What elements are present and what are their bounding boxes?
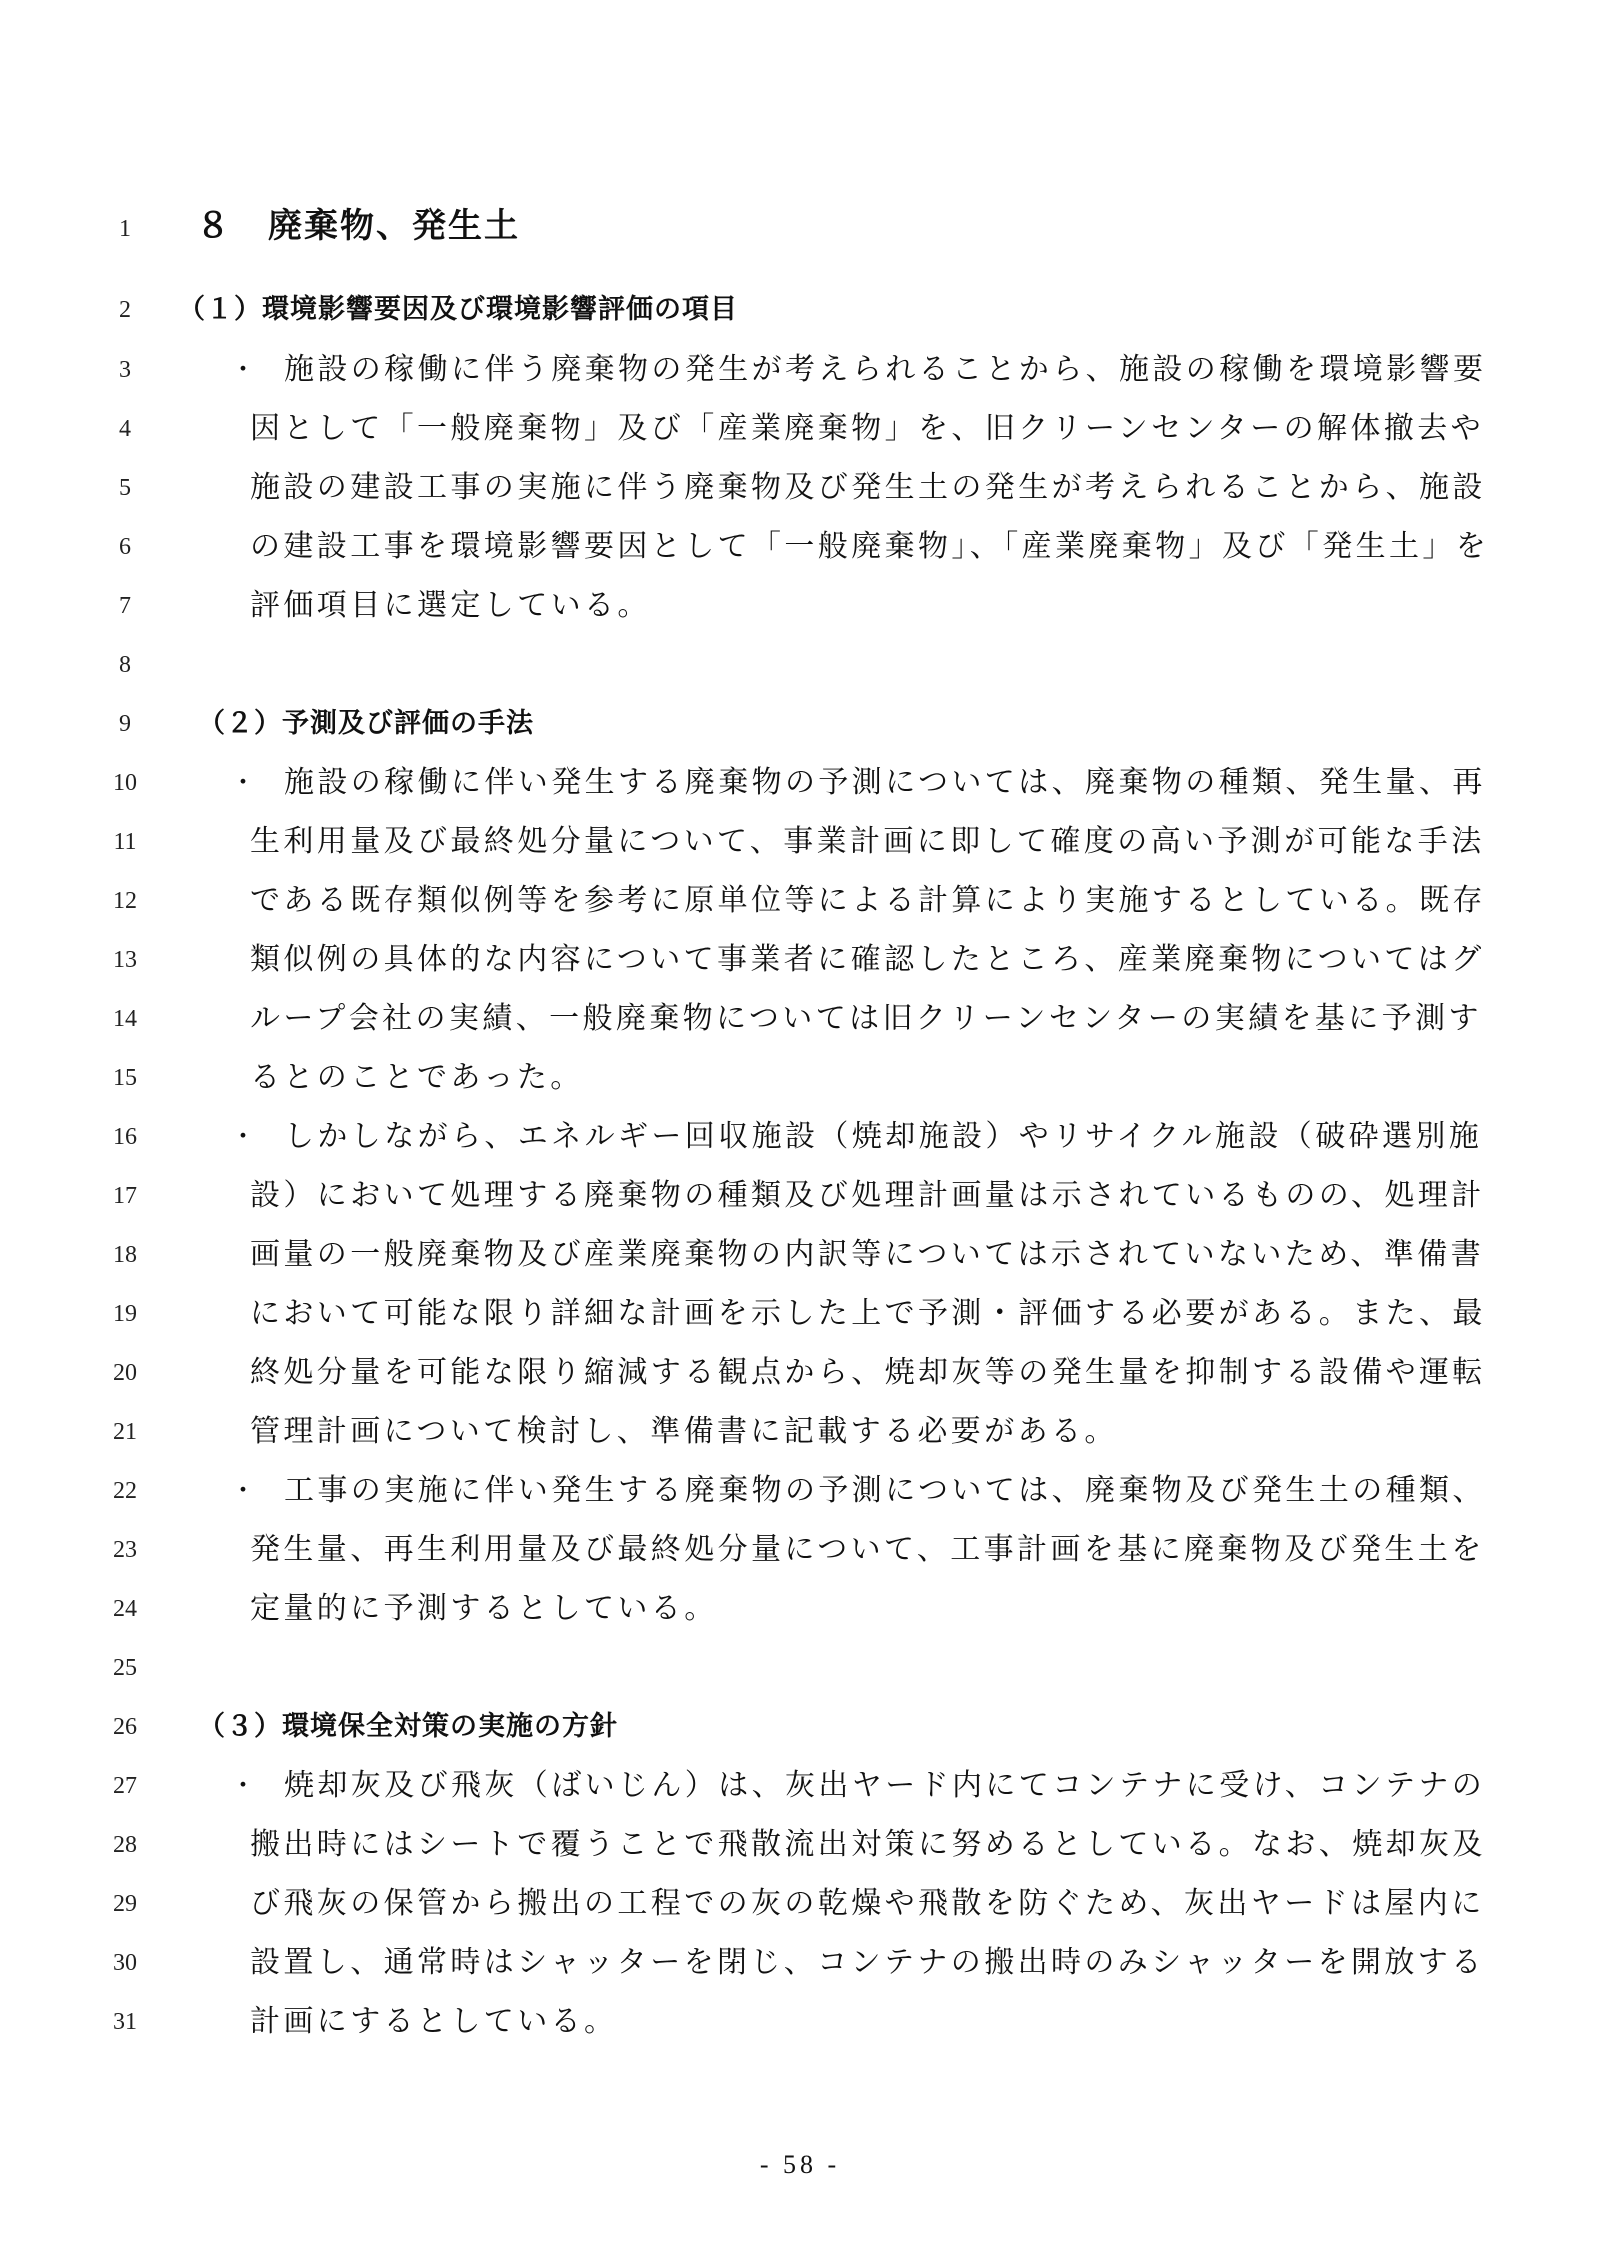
document-line: 13類似例の具体的な内容について事業者に確認したところ、産業廃棄物についてはグ	[0, 942, 1600, 1001]
line-number: 15	[100, 1063, 150, 1093]
document-line: 5施設の建設工事の実施に伴う廃棄物及び発生土の発生が考えられることから、施設	[0, 470, 1600, 529]
line-number: 30	[100, 1948, 150, 1978]
line-number: 28	[100, 1830, 150, 1860]
document-line: 4因として「一般廃棄物」及び「産業廃棄物」を、旧クリーンセンターの解体撤去や	[0, 411, 1600, 470]
document-line: 17設）において処理する廃棄物の種類及び処理計画量は示されているものの、処理計	[0, 1178, 1600, 1237]
paragraph-text: 搬出時にはシートで覆うことで飛散流出対策に努めるとしている。なお、焼却灰及	[250, 1827, 1486, 1863]
paragraph-text: 発生量、再生利用量及び最終処分量について、工事計画を基に廃棄物及び発生土を	[250, 1532, 1485, 1568]
paragraph-text: るとのことであった。	[250, 1060, 584, 1096]
document-line: 24定量的に予測するとしている。	[0, 1591, 1600, 1650]
document-line: 20終処分量を可能な限り縮減する観点から、焼却灰等の発生量を抑制する設備や運転	[0, 1355, 1600, 1414]
document-line: 11生利用量及び最終処分量について、事業計画に即して確度の高い予測が可能な手法	[0, 824, 1600, 883]
line-number: 20	[100, 1358, 150, 1388]
line-number: 24	[100, 1594, 150, 1624]
bullet-icon: ・	[230, 765, 256, 801]
document-line: 16・しかしながら、エネルギー回収施設（焼却施設）やリサイクル施設（破砕選別施	[0, 1119, 1600, 1178]
document-line: 26（３）環境保全対策の実施の方針	[0, 1709, 1600, 1768]
bullet-icon: ・	[230, 1473, 256, 1509]
bullet-paragraph-text: しかしながら、エネルギー回収施設（焼却施設）やリサイクル施設（破砕選別施	[284, 1119, 1482, 1155]
bullet-paragraph-text: 焼却灰及び飛灰（ばいじん）は、灰出ヤード内にてコンテナに受け、コンテナの	[284, 1768, 1485, 1804]
bullet-icon: ・	[230, 1768, 256, 1804]
document-line: 2（１）環境影響要因及び環境影響評価の項目	[0, 292, 1600, 351]
section-title: ８ 廃棄物、発生土	[196, 208, 520, 244]
subsection-heading: （１）環境影響要因及び環境影響評価の項目	[178, 292, 738, 328]
line-number: 31	[100, 2007, 150, 2037]
line-number: 1	[100, 214, 150, 244]
line-number: 10	[100, 768, 150, 798]
bullet-paragraph-text: 工事の実施に伴い発生する廃棄物の予測については、廃棄物及び発生土の種類、	[284, 1473, 1486, 1509]
paragraph-text: 管理計画について検討し、準備書に記載する必要がある。	[250, 1414, 1118, 1450]
line-number: 21	[100, 1417, 150, 1447]
paragraph-text: の建設工事を環境影響要因として「一般廃棄物」、「産業廃棄物」及び「発生土」を	[250, 529, 1489, 565]
bullet-paragraph-text: 施設の稼働に伴う廃棄物の発生が考えられることから、施設の稼働を環境影響要	[284, 352, 1486, 388]
paragraph-text: 因として「一般廃棄物」及び「産業廃棄物」を、旧クリーンセンターの解体撤去や	[250, 411, 1484, 447]
line-number: 18	[100, 1240, 150, 1270]
subsection-heading: （２）予測及び評価の手法	[198, 706, 534, 742]
line-number: 7	[100, 591, 150, 621]
line-number: 19	[100, 1299, 150, 1329]
paragraph-text: である既存類似例等を参考に原単位等による計算により実施するとしている。既存	[250, 883, 1486, 919]
line-number: 29	[100, 1889, 150, 1919]
line-number: 13	[100, 945, 150, 975]
line-number: 5	[100, 473, 150, 503]
document-line: 21管理計画について検討し、準備書に記載する必要がある。	[0, 1414, 1600, 1473]
document-line: 30設置し、通常時はシャッターを閉じ、コンテナの搬出時のみシャッターを開放する	[0, 1945, 1600, 2004]
paragraph-text: 類似例の具体的な内容について事業者に確認したところ、産業廃棄物についてはグ	[250, 942, 1485, 978]
line-number: 14	[100, 1004, 150, 1034]
document-line: 1８ 廃棄物、発生土	[0, 208, 1600, 267]
paragraph-text: 施設の建設工事の実施に伴う廃棄物及び発生土の発生が考えられることから、施設	[250, 470, 1486, 506]
document-line: 15るとのことであった。	[0, 1060, 1600, 1119]
page-number: - 58 -	[0, 2150, 1600, 2180]
document-line: 12である既存類似例等を参考に原単位等による計算により実施するとしている。既存	[0, 883, 1600, 942]
document-line: 19において可能な限り詳細な計画を示した上で予測・評価する必要がある。また、最	[0, 1296, 1600, 1355]
subsection-heading: （３）環境保全対策の実施の方針	[198, 1709, 618, 1745]
paragraph-text: ループ会社の実績、一般廃棄物については旧クリーンセンターの実績を基に予測す	[250, 1001, 1482, 1037]
line-number: 3	[100, 355, 150, 385]
paragraph-text: 計画にするとしている。	[250, 2004, 617, 2040]
bullet-icon: ・	[230, 1119, 256, 1155]
line-number: 16	[100, 1122, 150, 1152]
line-number: 9	[100, 709, 150, 739]
document-line: 25	[0, 1650, 1600, 1709]
paragraph-text: 設置し、通常時はシャッターを閉じ、コンテナの搬出時のみシャッターを開放する	[250, 1945, 1485, 1981]
paragraph-text: 設）において処理する廃棄物の種類及び処理計画量は示されているものの、処理計	[250, 1178, 1485, 1214]
line-number: 2	[100, 295, 150, 325]
document-line: 29び飛灰の保管から搬出の工程での灰の乾燥や飛散を防ぐため、灰出ヤードは屋内に	[0, 1886, 1600, 1945]
document-line: 28搬出時にはシートで覆うことで飛散流出対策に努めるとしている。なお、焼却灰及	[0, 1827, 1600, 1886]
document-line: 27・焼却灰及び飛灰（ばいじん）は、灰出ヤード内にてコンテナに受け、コンテナの	[0, 1768, 1600, 1827]
line-number: 23	[100, 1535, 150, 1565]
document-line: 8	[0, 647, 1600, 706]
paragraph-text: 生利用量及び最終処分量について、事業計画に即して確度の高い予測が可能な手法	[250, 824, 1485, 860]
line-number: 8	[100, 650, 150, 680]
document-line: 9（２）予測及び評価の手法	[0, 706, 1600, 765]
paragraph-text: 定量的に予測するとしている。	[250, 1591, 718, 1627]
paragraph-text: 画量の一般廃棄物及び産業廃棄物の内訳等については示されていないため、準備書	[250, 1237, 1484, 1273]
line-number: 22	[100, 1476, 150, 1506]
line-number: 4	[100, 414, 150, 444]
line-number: 12	[100, 886, 150, 916]
paragraph-text: 評価項目に選定している。	[250, 588, 651, 624]
line-number: 27	[100, 1771, 150, 1801]
line-number: 26	[100, 1712, 150, 1742]
paragraph-text: び飛灰の保管から搬出の工程での灰の乾燥や飛散を防ぐため、灰出ヤードは屋内に	[250, 1886, 1485, 1922]
line-number: 17	[100, 1181, 150, 1211]
bullet-paragraph-text: 施設の稼働に伴い発生する廃棄物の予測については、廃棄物の種類、発生量、再	[284, 765, 1486, 801]
line-number: 11	[100, 827, 150, 857]
document-line: 22・工事の実施に伴い発生する廃棄物の予測については、廃棄物及び発生土の種類、	[0, 1473, 1600, 1532]
paragraph-text: 終処分量を可能な限り縮減する観点から、焼却灰等の発生量を抑制する設備や運転	[250, 1355, 1486, 1391]
document-line: 3・施設の稼働に伴う廃棄物の発生が考えられることから、施設の稼働を環境影響要	[0, 352, 1600, 411]
document-line: 18画量の一般廃棄物及び産業廃棄物の内訳等については示されていないため、準備書	[0, 1237, 1600, 1296]
bullet-icon: ・	[230, 352, 256, 388]
document-line: 6の建設工事を環境影響要因として「一般廃棄物」、「産業廃棄物」及び「発生土」を	[0, 529, 1600, 588]
line-number: 25	[100, 1653, 150, 1683]
document-line: 7評価項目に選定している。	[0, 588, 1600, 647]
document-line: 14ループ会社の実績、一般廃棄物については旧クリーンセンターの実績を基に予測す	[0, 1001, 1600, 1060]
document-line: 23発生量、再生利用量及び最終処分量について、工事計画を基に廃棄物及び発生土を	[0, 1532, 1600, 1591]
paragraph-text: において可能な限り詳細な計画を示した上で予測・評価する必要がある。また、最	[250, 1296, 1486, 1332]
line-number: 6	[100, 532, 150, 562]
document-line: 31計画にするとしている。	[0, 2004, 1600, 2063]
document-line: 10・施設の稼働に伴い発生する廃棄物の予測については、廃棄物の種類、発生量、再	[0, 765, 1600, 824]
